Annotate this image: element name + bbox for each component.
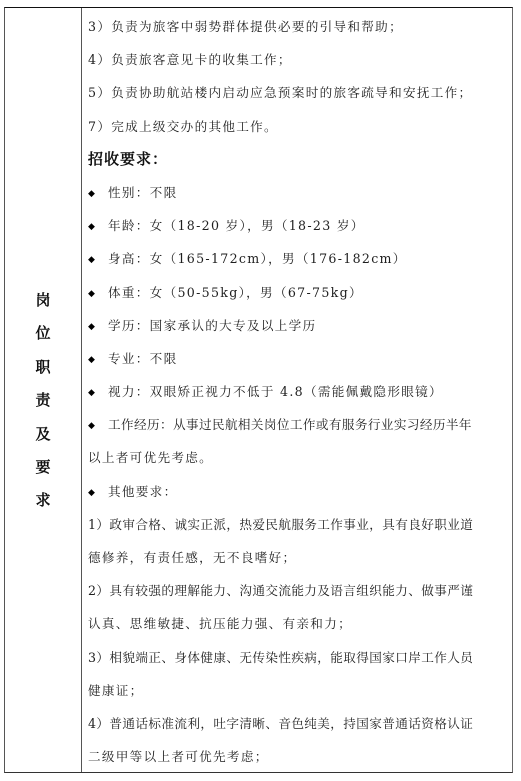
requirement-item-other: ◆其他要求： <box>88 475 506 508</box>
diamond-bullet-icon: ◆ <box>88 244 108 277</box>
requirements-heading: 招收要求： <box>88 143 506 176</box>
label-char: 位 <box>35 317 50 350</box>
other-item-line: 健康证； <box>88 674 506 707</box>
requirement-text: 体重：女（50-55kg），男（67-75kg） <box>108 285 363 300</box>
row-label: 岗 位 职 责 及 要 求 <box>5 284 81 518</box>
other-item-line: 1）政审合格、诚实正派，热爱民航服务工作事业，具有良好职业道 <box>88 508 506 541</box>
diamond-bullet-icon: ◆ <box>88 178 108 211</box>
requirement-text: 视力：双眼矫正视力不低于 4.8（需能佩戴隐形眼镜） <box>108 384 443 399</box>
requirement-text: 学历：国家承认的大专及以上学历 <box>108 318 316 333</box>
requirement-item: ◆年龄：女（18-20 岁），男（18-23 岁） <box>88 209 506 242</box>
requirement-text: 工作经历：从事过民航相关岗位工作或有服务行业实习经历半年 <box>108 417 472 432</box>
label-char: 及 <box>35 418 50 451</box>
diamond-bullet-icon: ◆ <box>88 344 108 377</box>
duty-item: 3）负责为旅客中弱势群体提供必要的引导和帮助； <box>88 10 506 43</box>
requirement-item: ◆专业：不限 <box>88 342 506 375</box>
label-char: 求 <box>35 484 50 517</box>
diamond-bullet-icon: ◆ <box>88 311 108 344</box>
diamond-bullet-icon: ◆ <box>88 211 108 244</box>
requirement-item: ◆学历：国家承认的大专及以上学历 <box>88 309 506 342</box>
requirement-item-experience: ◆工作经历：从事过民航相关岗位工作或有服务行业实习经历半年 <box>88 408 506 441</box>
requirement-continuation: 以上者可优先考虑。 <box>88 441 506 474</box>
other-item-line: 德修养，有责任感，无不良嗜好； <box>88 541 506 574</box>
other-item-line: 2）具有较强的理解能力、沟通交流能力及语言组织能力、做事严谨 <box>88 574 506 607</box>
other-item-line: 3）相貌端正、身体健康、无传染性疾病，能取得国家口岸工作人员 <box>88 641 506 674</box>
diamond-bullet-icon: ◆ <box>88 410 108 443</box>
requirement-item: ◆身高：女（165-172cm），男（176-182cm） <box>88 242 506 275</box>
label-char: 职 <box>35 351 50 384</box>
other-item-line: 认真、思维敏捷、抗压能力强、有亲和力； <box>88 607 506 640</box>
requirement-text: 性别：不限 <box>108 185 177 200</box>
label-char: 责 <box>35 384 50 417</box>
diamond-bullet-icon: ◆ <box>88 377 108 410</box>
diamond-bullet-icon: ◆ <box>88 278 108 311</box>
requirement-text: 其他要求： <box>108 484 177 499</box>
row-label-cell: 岗 位 职 责 及 要 求 <box>5 8 82 772</box>
requirement-item: ◆性别：不限 <box>88 176 506 209</box>
label-char: 要 <box>35 451 50 484</box>
job-requirements-table: 岗 位 职 责 及 要 求 3）负责为旅客中弱势群体提供必要的引导和帮助； 4）… <box>4 7 513 773</box>
other-item-line: 二级甲等以上者可优先考虑； <box>88 740 506 773</box>
other-item-line: 4）普通话标准流利，吐字清晰、音色纯美，持国家普通话资格认证 <box>88 707 506 740</box>
requirement-text: 年龄：女（18-20 岁），男（18-23 岁） <box>108 218 365 233</box>
duty-item: 4）负责旅客意见卡的收集工作； <box>88 43 506 76</box>
content-cell: 3）负责为旅客中弱势群体提供必要的引导和帮助； 4）负责旅客意见卡的收集工作； … <box>82 8 512 772</box>
requirement-item: ◆视力：双眼矫正视力不低于 4.8（需能佩戴隐形眼镜） <box>88 375 506 408</box>
requirement-text: 身高：女（165-172cm），男（176-182cm） <box>108 251 407 266</box>
label-char: 岗 <box>35 284 50 317</box>
duty-item: 5）负责协助航站楼内启动应急预案时的旅客疏导和安抚工作； <box>88 76 506 109</box>
requirement-text: 专业：不限 <box>108 351 177 366</box>
duty-item: 7）完成上级交办的其他工作。 <box>88 110 506 143</box>
diamond-bullet-icon: ◆ <box>88 477 108 510</box>
requirement-item: ◆体重：女（50-55kg），男（67-75kg） <box>88 276 506 309</box>
